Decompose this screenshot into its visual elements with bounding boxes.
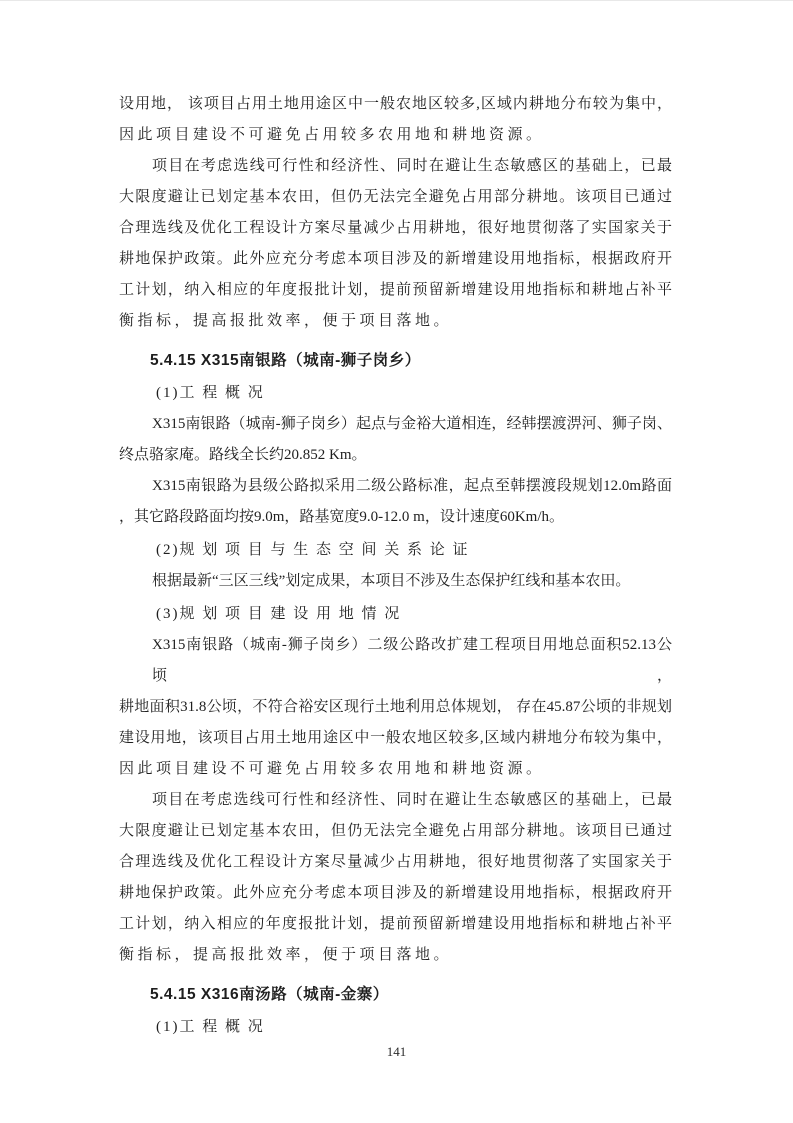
body-line: 耕地面积31.8公顷，不符合裕安区现行土地利用总体规划， 存在45.87公顷的非… (119, 692, 672, 723)
body-line: 根据最新“三区三线”划定成果，本项目不涉及生态保护红线和基本农田。 (119, 566, 672, 597)
body-line: 合理选线及优化工程设计方案尽量减少占用耕地，很好地贯彻落了实国家关于 (119, 847, 672, 878)
page-body-text: 设用地， 该项目占用土地用途区中一般农地区较多,区域内耕地分布较为集中， 因此项… (119, 89, 672, 1043)
body-line: 项目在考虑选线可行性和经济性、同时在避让生态敏感区的基础上，已最 (119, 151, 672, 182)
subsection-heading-overview: (1)工 程 概 况 (119, 378, 672, 409)
body-line: 工计划，纳入相应的年度报批计划，提前预留新增建设用地指标和耕地占补平 (119, 909, 672, 940)
body-line-continuation: 设用地， 该项目占用土地用途区中一般农地区较多,区域内耕地分布较为集中， (119, 89, 672, 120)
body-line: 大限度避让已划定基本农田，但仍无法完全避免占用部分耕地。该项目已通过 (119, 182, 672, 213)
section-heading-x316: 5.4.15 X316南汤路（城南-金寨） (119, 979, 672, 1010)
body-line: 终点骆家庵。路线全长约20.852 Km。 (119, 440, 672, 471)
page-number: 141 (0, 1044, 793, 1060)
section-heading-x315: 5.4.15 X315南银路（城南-狮子岗乡） (119, 345, 672, 376)
subsection-heading-land-use: (3)规 划 项 目 建 设 用 地 情 况 (119, 599, 672, 630)
body-line: X315南银路为县级公路拟采用二级公路标准，起点至韩摆渡段规划12.0m路面 (119, 471, 672, 502)
document-page: 设用地， 该项目占用土地用途区中一般农地区较多,区域内耕地分布较为集中， 因此项… (0, 0, 793, 1123)
body-line: 衡指标，提高报批效率，便于项目落地。 (119, 306, 672, 337)
subsection-heading-eco-space: (2)规 划 项 目 与 生 态 空 间 关 系 论 证 (119, 535, 672, 566)
body-line: ，其它路段路面均按9.0m，路基宽度9.0-12.0 m，设计速度60Km/h。 (119, 502, 672, 533)
body-line: X315南银路（城南-狮子岗乡）起点与金裕大道相连，经韩摆渡淠河、狮子岗、 (119, 409, 672, 440)
body-line: 耕地保护政策。此外应充分考虑本项目涉及的新增建设用地指标，根据政府开 (119, 244, 672, 275)
body-line: 耕地保护政策。此外应充分考虑本项目涉及的新增建设用地指标，根据政府开 (119, 878, 672, 909)
body-line: 建设用地，该项目占用土地用途区中一般农地区较多,区域内耕地分布较为集中， (119, 723, 672, 754)
body-line: 大限度避让已划定基本农田，但仍无法完全避免占用部分耕地。该项目已通过 (119, 816, 672, 847)
body-line: 项目在考虑选线可行性和经济性、同时在避让生态敏感区的基础上，已最 (119, 785, 672, 816)
body-line: 因此项目建设不可避免占用较多农用地和耕地资源。 (119, 754, 672, 785)
body-line: X315南银路（城南-狮子岗乡）二级公路改扩建工程项目用地总面积52.13公顷， (119, 630, 672, 692)
body-line: 工计划，纳入相应的年度报批计划，提前预留新增建设用地指标和耕地占补平 (119, 275, 672, 306)
body-line: 衡指标，提高报批效率，便于项目落地。 (119, 940, 672, 971)
body-line: 因此项目建设不可避免占用较多农用地和耕地资源。 (119, 120, 672, 151)
subsection-heading-overview: (1)工 程 概 况 (119, 1012, 672, 1043)
body-line: 合理选线及优化工程设计方案尽量减少占用耕地，很好地贯彻落了实国家关于 (119, 213, 672, 244)
